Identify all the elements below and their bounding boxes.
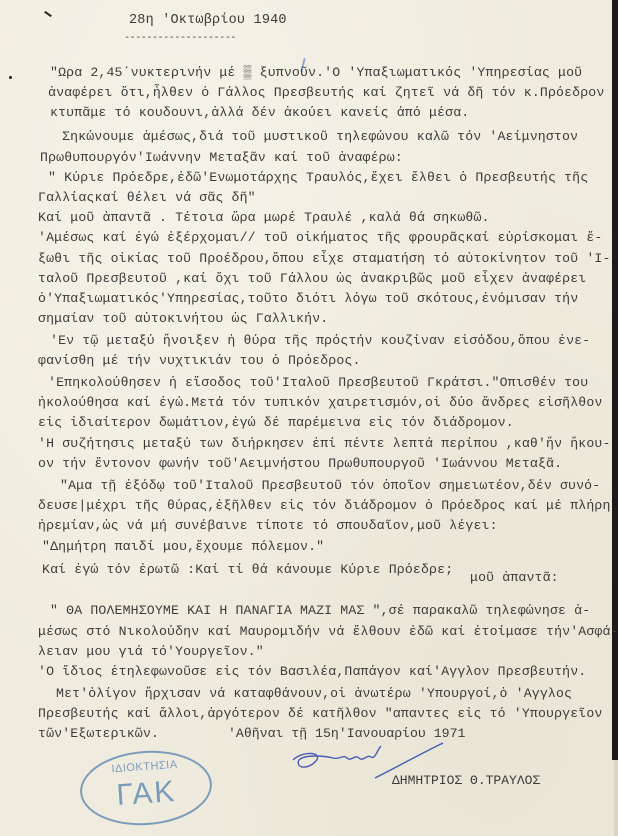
typed-line: ξωθι τῆς οἰκίας τοῦ Προέδρου,ὅπου εἶχε σ… [38,251,611,267]
typed-line: "Δημήτρη παιδί μου,ἔχουμε πόλεμον." [42,539,324,555]
typed-line: 'Επηκολούθησεν ἡ εἴσοδος τοῦ'Ιταλοῦ Πρεσ… [48,375,588,391]
typed-line: εἰς ἰδιαίτερον δωμάτιον,ἐγώ δέ παρέμεινα… [38,415,514,431]
scan-edge-shadow [612,0,618,760]
typed-line: ον τήν ἔντονον φωνήν τοῦ'Αειμνήστου Πρωθ… [38,456,562,472]
typed-line: Μετ'ὀλίγον ἤρχισαν νά καταφθάνουν,οἱ ἀνω… [56,686,572,702]
typed-line: 'Η συζήτησις μεταξύ των διήρκησεν ἐπί πέ… [38,436,611,452]
typed-line: ἀναφέρει ὅτι,ἦλθεν ὁ Γάλλος Πρεσβευτής κ… [48,85,604,101]
typed-line: ἠκολούθησα καί ἐγώ.Μετά τόν τυπικόν χαιρ… [38,395,602,411]
margin-dot [9,76,12,79]
date-underline: -------------------- [124,33,236,44]
typed-line: κτυπᾶμε τό κουδουνι,ἀλλά δέν ἀκούει κανε… [50,105,469,121]
typed-line: ὁ'Υπαξιωματικός'Υπηρεσίας,τοῦτο διότι λό… [38,291,578,307]
archive-stamp: ΙΔΙΟΚΤΗΣΙΑ ΓΑΚ [78,746,215,829]
typed-line: δευσε|μέχρι τῆς θύρας,ἐξῆλθεν εἰς τόν δι… [38,498,611,514]
typed-line: φανίσθη μέ τήν νυχτικιάν του ὁ Πρόεδρος. [38,353,361,369]
typed-line: 'Αμέσως καί ἐγώ ἐξέρχομαι// τοῦ οἰκήματο… [38,230,602,246]
typed-line: Καί ἐγώ τόν ἐρωτῶ :Καί τί θά κάνουμε Κύρ… [42,562,453,578]
typed-line: μοῦ ἀπαντᾶ: [470,570,559,586]
typed-line: " ΘΑ ΠΟΛΕΜΗΣΟΥΜΕ ΚΑΙ Η ΠΑΝΑΓΙΑ ΜΑΖΙ ΜΑΣ … [50,603,590,619]
typed-line: μέσως στό Νικολούδην καί Μαυρομιδήν νά ἔ… [38,624,618,640]
typed-line: Πρεσβευτής καί ἄλλοι,ἀργότερον δέ κατῆλθ… [38,706,602,722]
date-heading: 28η 'Οκτωβρίου 1940 [129,13,287,28]
scan-edge-light [614,760,618,836]
typed-line: τῶν'Εξωτερικῶν. [38,726,159,742]
closing-place-date: 'Αθῆναι τῇ 15η'Ιανουαρίου 1971 [228,726,465,741]
stamp-main-text: ΓΑΚ [81,773,211,816]
typed-line: σημαίαν τοῦ αὐτοκινήτου ὡς Γαλλικήν. [38,311,328,327]
typed-line: " Κύριε Πρόεδρε,ἐδῶ'Ενωμοτάρχης Τραυλός,… [48,170,588,186]
typed-line: Πρωθυπουργόν'Ιωάννην Μεταξᾶν καί τοῦ ἀνα… [40,150,403,166]
typed-line: ἠρεμίαν,ὡς νά μή συνέβαινε τίποτε τό σπο… [38,518,498,534]
ink-speck [44,11,52,17]
typed-line: Σηκώνουμε ἀμέσως,διά τοῦ μυστικοῦ τηλεφώ… [62,129,578,145]
typed-line: Καί μοῦ ἀπαντᾶ . Τέτοια ὥρα μωρέ Τραυλέ … [38,210,490,226]
typed-line: "Ωρα 2,45΄νυκτερινήν μέ ▒ ξυπνοῦν.'Ο 'Υπ… [50,65,582,81]
typed-line: 'Εν τῷ μεταξύ ἤνοιξεν ἡ θύρα τῆς πρόςτήν… [50,333,590,349]
typed-line: 'Ο ἴδιος ἐτηλεφωνοῦσε εἰς τόν Βασιλέα,Πα… [38,664,586,680]
typed-line: "Αμα τῇ ἐξόδῳ τοῦ'Ιταλοῦ Πρεσβευτοῦ τόν … [60,478,600,494]
typed-line: ταλοῦ Πρεσβευτοῦ ,καί ὄχι τοῦ Γάλλου ὡς … [38,271,586,287]
typed-line: Γαλλίαςκαί θέλει νά σᾶς δῆ" [38,190,256,206]
typed-line: λειαν μου γιά τό'Υουργεῖον." [38,644,264,660]
signatory-name: ΔΗΜΗΤΡΙΟΣ Θ.ΤΡΑΥΛΟΣ [392,773,540,788]
